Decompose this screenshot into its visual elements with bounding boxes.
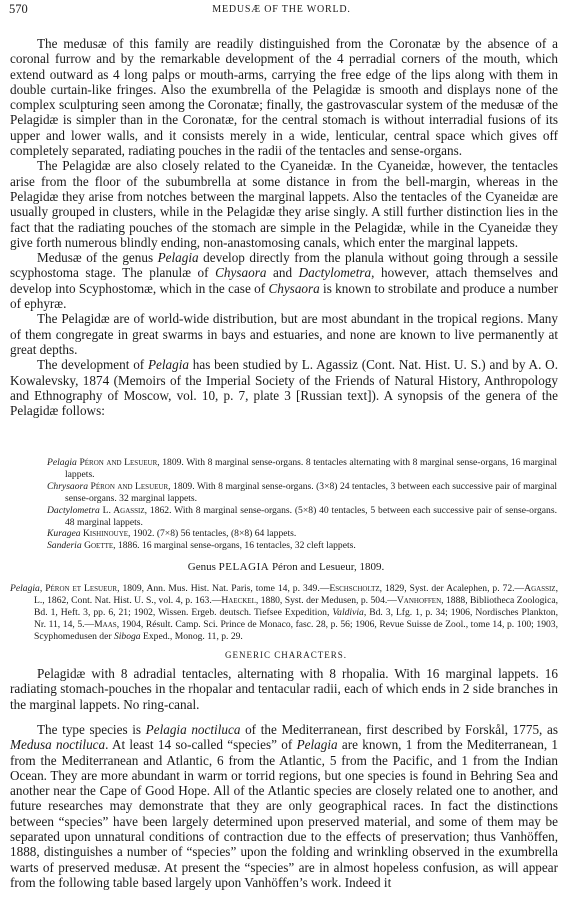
running-head: 570 MEDUSÆ OF THE WORLD. [9, 2, 554, 18]
paragraph-development: Medusæ of the genus Pelagia develop dire… [10, 250, 558, 311]
synopsis-entry: Sanderia Goette, 1886. 16 marginal sense… [47, 540, 557, 552]
type-species-section: The type species is Pelagia noctiluca of… [10, 722, 558, 890]
genera-synopsis: Pelagia Péron and Lesueur, 1809. With 8 … [47, 457, 557, 552]
synopsis-entry: Dactylometra L. Agassiz, 1862. With 8 ma… [47, 505, 557, 529]
synopsis-entry: Pelagia Péron and Lesueur, 1809. With 8 … [47, 457, 557, 481]
paragraph-studies: The development of Pelagia has been stud… [10, 357, 558, 418]
running-title: MEDUSÆ OF THE WORLD. [9, 4, 554, 15]
synopsis-entry: Kuragea Kishinouye, 1902. (7×8) 56 tenta… [47, 528, 557, 540]
generic-characters-heading: GENERIC CHARACTERS. [0, 650, 572, 660]
synonymy-text: Pelagia, Péron et Lesueur, 1809, Ann. Mu… [10, 583, 558, 643]
paragraph-family-distinction: The medusæ of this family are readily di… [10, 36, 558, 158]
paragraph-cyaneidae-relation: The Pelagidæ are also closely related to… [10, 158, 558, 250]
synopsis-entry: Chrysaora Péron and Lesueur, 1809. With … [47, 481, 557, 505]
paragraph-distribution: The Pelagidæ are of world-wide distribut… [10, 311, 558, 357]
synonymy-block: Pelagia, Péron et Lesueur, 1809, Ann. Mu… [10, 583, 558, 643]
intro-section: The medusæ of this family are readily di… [10, 36, 558, 418]
generic-characters-section: Pelagidæ with 8 adradial tentacles, alte… [10, 666, 558, 712]
paragraph-generic-characters: Pelagidæ with 8 adradial tentacles, alte… [10, 666, 558, 712]
paragraph-type-species: The type species is Pelagia noctiluca of… [10, 722, 558, 890]
genus-heading: Genus PELAGIA Péron and Lesueur, 1809. [0, 561, 572, 573]
